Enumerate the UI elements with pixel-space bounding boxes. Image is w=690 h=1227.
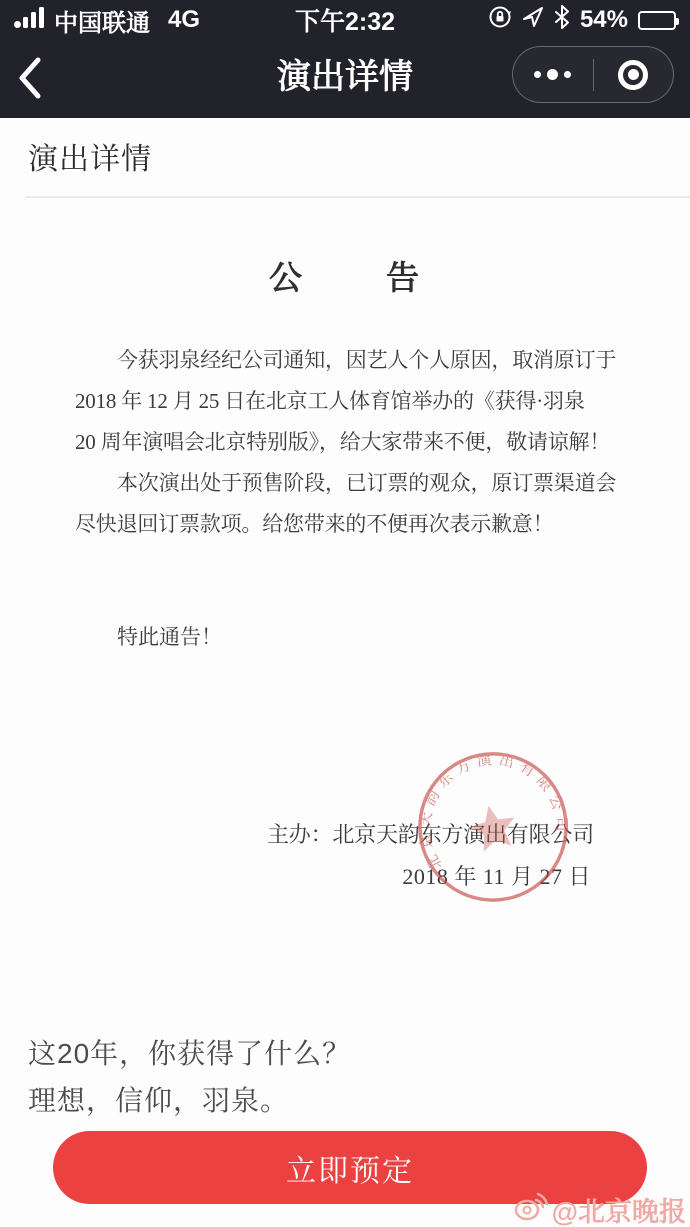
divider-line [25, 196, 690, 198]
svg-text:北京天韵东方演出有限公司: 北京天韵东方演出有限公司 [402, 737, 574, 874]
announcement-line: 本次演出处于预售阶段，已订票的观众，原订票渠道会 [75, 463, 610, 504]
location-arrow-icon [522, 6, 544, 35]
company-seal-stamp: 北京天韵东方演出有限公司 [399, 733, 586, 920]
promo-text: 这20年，你获得了什么？ 理想，信仰，羽泉。 [28, 1030, 351, 1124]
announcement-closing: 特此通告！ [75, 621, 222, 651]
miniprogram-capsule [512, 46, 674, 103]
content-area: 演出详情 公 告 今获羽泉经纪公司通知，因艺人个人原因，取消原订于 2018 年… [0, 118, 690, 1227]
top-dark-bars: 中国联通 4G 下午2:32 [0, 0, 690, 118]
back-button[interactable] [14, 54, 58, 106]
nav-bar: 演出详情 [0, 40, 690, 118]
promo-line-1: 这20年，你获得了什么？ [28, 1030, 351, 1077]
battery-percent-label: 54% [580, 6, 628, 34]
orientation-lock-icon [488, 5, 512, 36]
chevron-left-icon [14, 54, 44, 107]
announcement-line: 20 周年演唱会北京特别版》，给大家带来不便，敬请谅解！ [75, 422, 610, 463]
announcement-line: 2018 年 12 月 25 日在北京工人体育馆举办的《获得·羽泉 [75, 381, 610, 422]
watermark: @北京晚报 [514, 1190, 686, 1227]
status-bar: 中国联通 4G 下午2:32 [0, 0, 690, 40]
section-title: 演出详情 [28, 134, 152, 178]
announcement-body: 今获羽泉经纪公司通知，因艺人个人原因，取消原订于 2018 年 12 月 25 … [75, 340, 610, 545]
more-button[interactable] [513, 47, 593, 102]
announcement-line: 尽快退回订票款项。给您带来的不便再次表示歉意！ [75, 504, 610, 545]
seal-star-icon [466, 801, 520, 853]
weibo-logo-icon [514, 1191, 548, 1227]
app-screen: 中国联通 4G 下午2:32 [0, 0, 690, 1227]
promo-line-2: 理想，信仰，羽泉。 [28, 1077, 351, 1124]
target-circle-icon [618, 60, 648, 90]
announcement-line: 今获羽泉经纪公司通知，因艺人个人原因，取消原订于 [75, 340, 610, 381]
watermark-text: @北京晚报 [552, 1190, 686, 1227]
seal-arc-text: 北京天韵东方演出有限公司 [402, 737, 574, 874]
battery-icon [638, 11, 676, 30]
bluetooth-icon [554, 5, 570, 36]
announcement-title: 公 告 [0, 252, 690, 299]
close-home-button[interactable] [594, 47, 674, 102]
more-dots-icon [534, 69, 571, 80]
